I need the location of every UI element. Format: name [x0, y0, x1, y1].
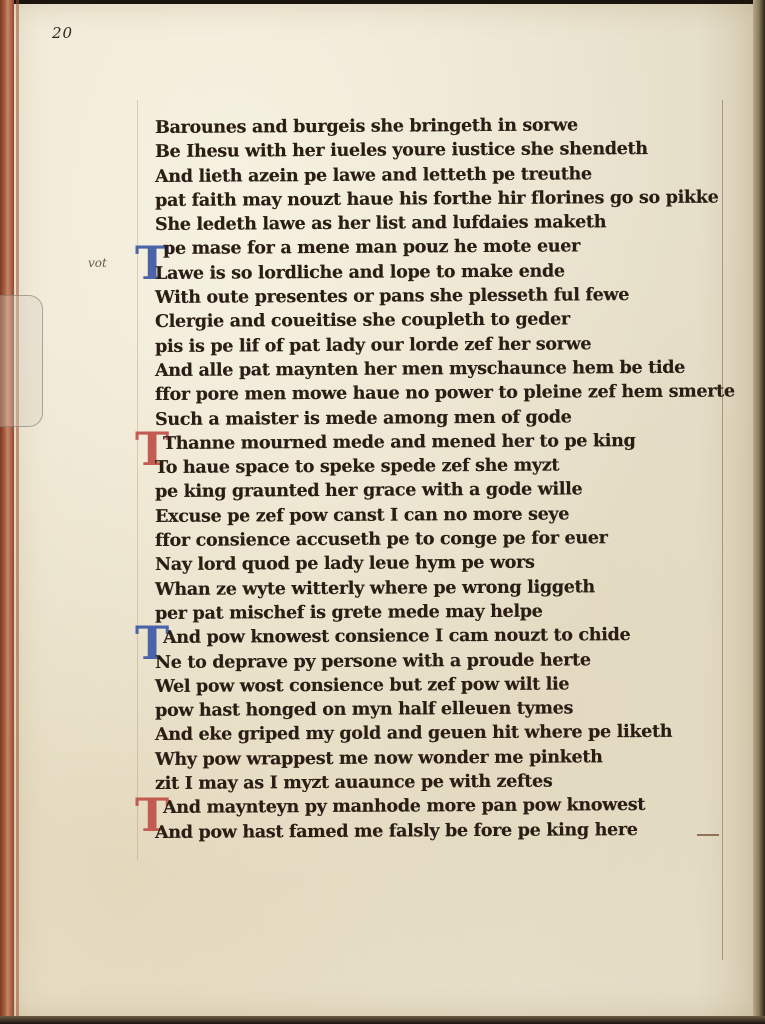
ruling-line-left [137, 100, 138, 860]
margin-annotation: vot [88, 256, 107, 270]
text-line: pis is pe lif of pat lady our lorde zef … [155, 331, 715, 359]
text-line: Clergie and coueitise she coupleth to ge… [155, 307, 715, 335]
text-line: Why pow wrappest me now wonder me pinket… [155, 744, 715, 772]
text-line: per pat mischef is grete mede may helpe [155, 599, 715, 627]
ruling-line-right [722, 100, 723, 960]
text-line: And pow knowest consience I cam nouzt to… [155, 623, 715, 651]
text-line: And lieth azein pe lawe and letteth pe t… [155, 161, 715, 189]
text-line: Be Ihesu with her iueles youre iustice s… [155, 137, 715, 165]
text-line: And maynteyn py manhode more pan pow kno… [155, 793, 715, 821]
text-line: And pow hast famed me falsly be fore pe … [155, 817, 715, 845]
text-line: Lawe is so lordliche and lope to make en… [155, 258, 715, 286]
text-line: Ne to deprave py persone with a proude h… [155, 647, 715, 675]
text-line: ffor pore men mowe haue no power to plei… [155, 380, 715, 408]
text-line: Excuse pe zef pow canst I can no more se… [155, 501, 715, 529]
folio-number: 20 [52, 24, 73, 42]
page-bottom-edge [0, 1016, 765, 1024]
manuscript-page-scan: 20 vot T T T T Barounes and burgeis she … [0, 0, 765, 1024]
text-line: Nay lord quod pe lady leue hym pe wors [155, 550, 715, 578]
text-line: pat faith may nouzt haue his forthe hir … [155, 185, 715, 213]
manuscript-text-block: Barounes and burgeis she bringeth in sor… [155, 116, 715, 845]
text-line: pe king graunted her grace with a gode w… [155, 477, 715, 505]
text-line: Wel pow wost consience but zef pow wilt … [155, 671, 715, 699]
text-line: pe mase for a mene man pouz he mote euer [155, 234, 715, 262]
text-line: Such a maister is mede among men of gode [155, 404, 715, 432]
page-fore-edge [753, 0, 765, 1024]
text-line: Whan ze wyte witterly where pe wrong lig… [155, 574, 715, 602]
text-line: Thanne mourned mede and mened her to pe … [155, 428, 715, 456]
text-line: And eke griped my gold and geuen hit whe… [155, 720, 715, 748]
binding-edge [0, 0, 14, 1024]
clasp-tab-overlay [0, 295, 43, 427]
